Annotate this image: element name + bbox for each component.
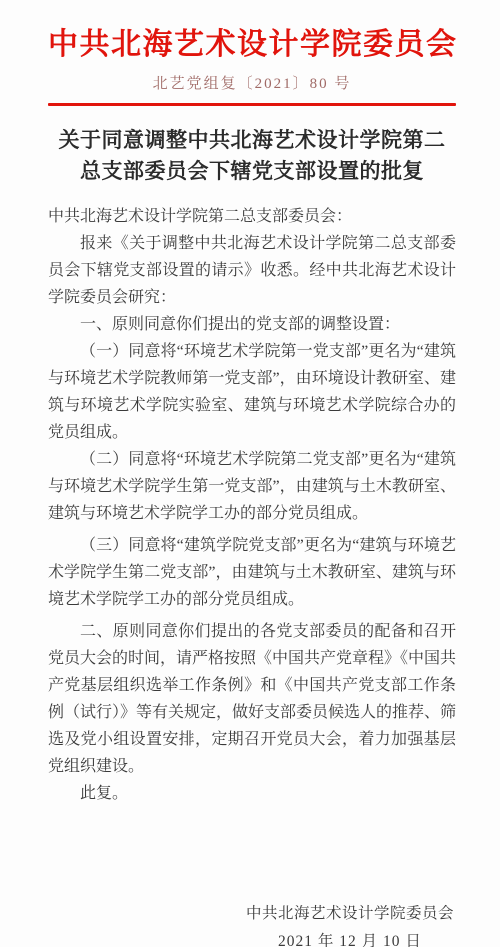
signature-date: 2021 年 12 月 10 日 (246, 931, 454, 947)
body-paragraph: （二）同意将“环境艺术学院第二党支部”更名为“建筑与环境艺术学院学生第一党支部”… (48, 446, 456, 527)
body-paragraph: （一）同意将“环境艺术学院第一党支部”更名为“建筑与环境艺术学院教师第一党支部”… (48, 338, 456, 446)
closing-phrase: 此复。 (48, 780, 456, 807)
document-letterhead: 中共北海艺术设计学院委员会 北艺党组复〔2021〕80 号 (48, 28, 456, 106)
issuing-org-title: 中共北海艺术设计学院委员会 (48, 28, 456, 62)
body-paragraph: 一、原则同意你们提出的党支部的调整设置： (48, 311, 456, 338)
body-paragraph: （三）同意将“建筑学院党支部”更名为“建筑与环境艺术学院学生第二党支部”，由建筑… (48, 532, 456, 613)
document-title: 关于同意调整中共北海艺术设计学院第二总支部委员会下辖党支部设置的批复 (50, 125, 454, 187)
red-divider-line (48, 103, 456, 106)
signature-org-name: 中共北海艺术设计学院委员会 (246, 903, 454, 925)
signature-block: 中共北海艺术设计学院委员会 2021 年 12 月 10 日 (246, 903, 454, 947)
salutation-line: 中共北海艺术设计学院第二总支部委员会： (48, 203, 456, 230)
official-document-page: 中共北海艺术设计学院委员会 北艺党组复〔2021〕80 号 关于同意调整中共北海… (0, 0, 500, 947)
body-paragraph: 二、原则同意你们提出的各党支部委员的配备和召开党员大会的时间，请严格按照《中国共… (48, 618, 456, 780)
document-body: 中共北海艺术设计学院第二总支部委员会： 报来《关于调整中共北海艺术设计学院第二总… (48, 203, 456, 807)
document-number: 北艺党组复〔2021〕80 号 (48, 74, 456, 94)
body-paragraph: 报来《关于调整中共北海艺术设计学院第二总支部委员会下辖党支部设置的请示》收悉。经… (48, 230, 456, 311)
